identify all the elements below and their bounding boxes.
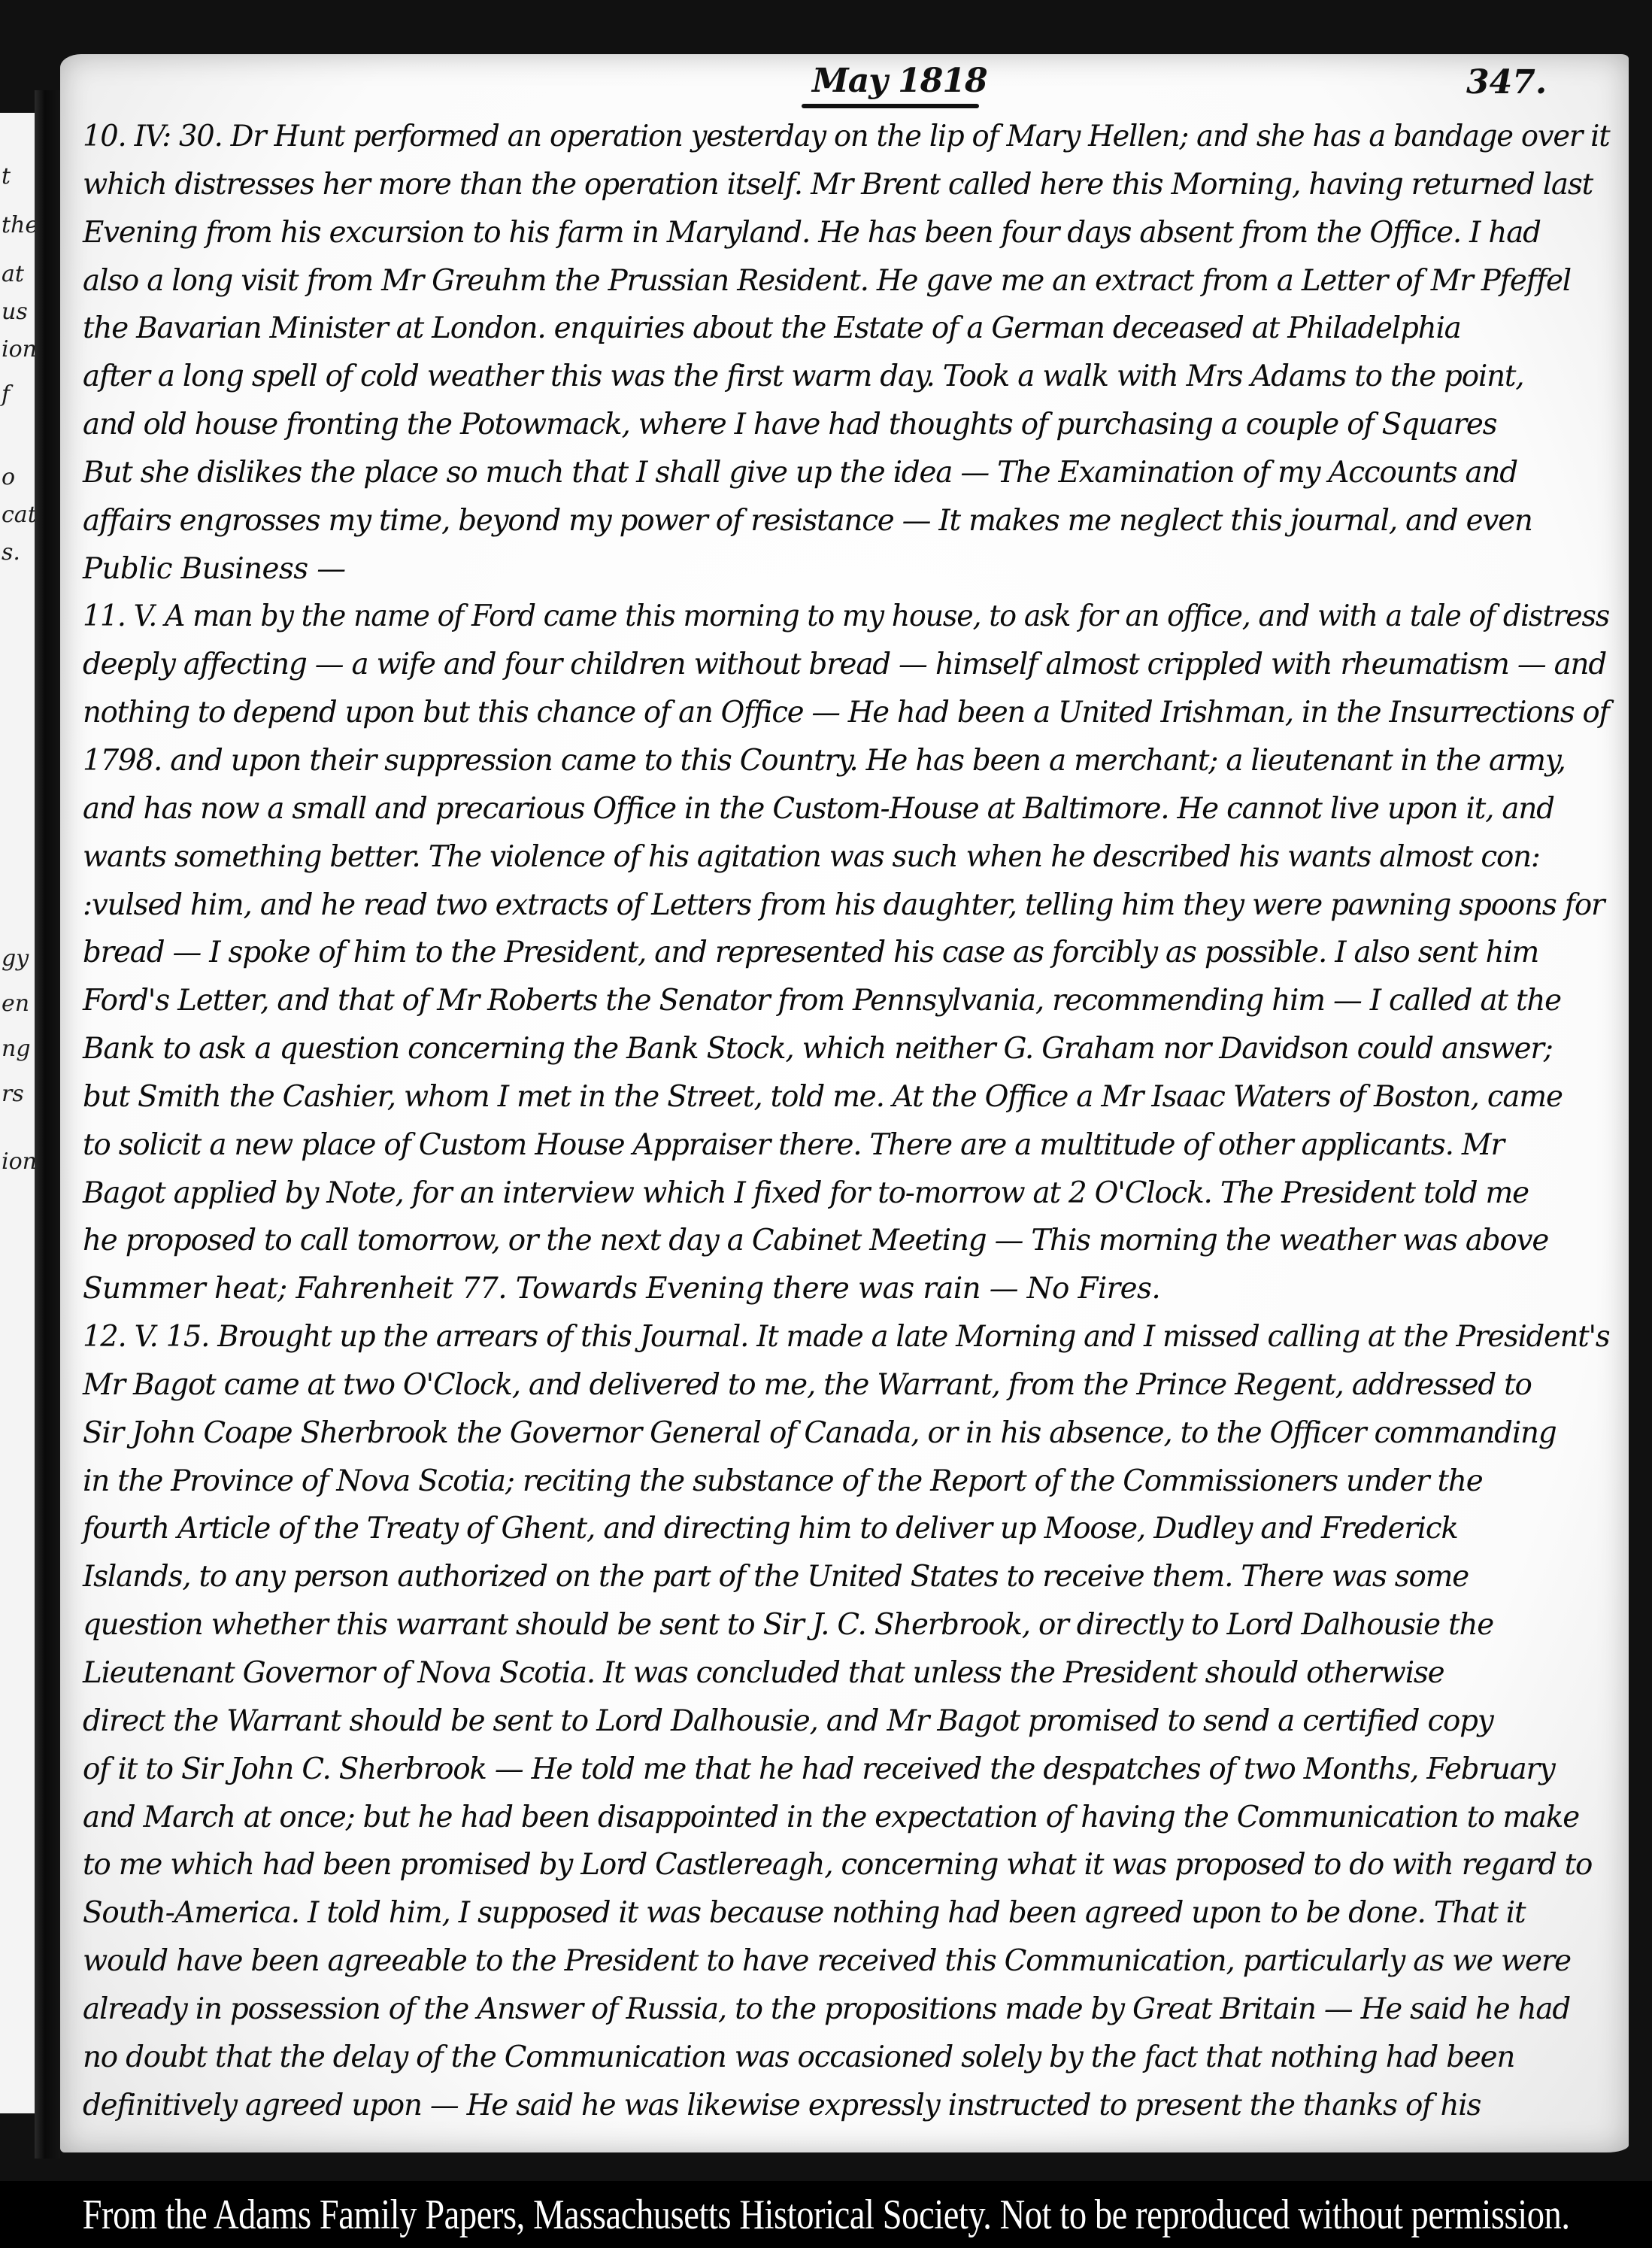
diary-line: Lieutenant Governor of Nova Scotia. It w…	[83, 1649, 1609, 1697]
diary-line: wants something better. The violence of …	[83, 833, 1609, 881]
page-header-date: May 1818	[812, 62, 987, 100]
diary-line: Public Business —	[83, 545, 1609, 593]
page-number: 347.	[1466, 63, 1547, 102]
diary-line: but Smith the Cashier, whom I met in the…	[83, 1073, 1609, 1121]
diary-line: Bagot applied by Note, for an interview …	[83, 1170, 1609, 1218]
facing-page-edge: t then at us ion f o cat s. gy en ng rs …	[0, 113, 35, 2113]
diary-line: the Bavarian Minister at London. enquiri…	[83, 305, 1609, 353]
facing-fragment: rs	[2, 1083, 24, 1106]
diary-line: which distresses her more than the opera…	[83, 161, 1609, 209]
diary-line: to me which had been promised by Lord Ca…	[83, 1841, 1609, 1889]
facing-fragment: en	[2, 993, 29, 1015]
facing-fragment: o	[2, 466, 15, 489]
facing-fragment: ion	[2, 338, 37, 361]
diary-line: affairs engrosses my time, beyond my pow…	[83, 497, 1609, 545]
diary-line: Sir John Coape Sherbrook the Governor Ge…	[83, 1409, 1609, 1458]
diary-line: 12. V. 15. Brought up the arrears of thi…	[83, 1313, 1595, 1361]
diary-line: direct the Warrant should be sent to Lor…	[83, 1697, 1609, 1746]
diary-line: of it to Sir John C. Sherbrook — He told…	[83, 1746, 1609, 1794]
facing-fragment: s.	[2, 542, 20, 564]
facing-fragment: ng	[2, 1038, 31, 1060]
copyright-caption-bar: From the Adams Family Papers, Massachuse…	[0, 2181, 1652, 2248]
diary-line: and March at once; but he had been disap…	[83, 1794, 1609, 1842]
diary-line: to solicit a new place of Custom House A…	[83, 1121, 1609, 1170]
diary-line: no doubt that the delay of the Communica…	[83, 2034, 1609, 2082]
diary-line: South-America. I told him, I supposed it…	[83, 1889, 1609, 1937]
manuscript-page: May 1818 347. 10. IV: 30. Dr Hunt perfor…	[60, 54, 1629, 2152]
facing-fragment: t	[2, 165, 11, 188]
facing-fragment: gy	[2, 948, 29, 970]
diary-line: already in possession of the Answer of R…	[83, 1986, 1609, 2034]
facing-fragment: f	[2, 384, 10, 406]
facing-fragment: us	[2, 301, 28, 323]
diary-line: Islands, to any person authorized on the…	[83, 1553, 1609, 1601]
diary-line: Summer heat; Fahrenheit 77. Towards Even…	[83, 1265, 1609, 1313]
diary-line: Bank to ask a question concerning the Ba…	[83, 1025, 1609, 1073]
diary-line: 11. V. A man by the name of Ford came th…	[83, 593, 1573, 641]
diary-line: deeply affecting — a wife and four child…	[83, 641, 1609, 689]
diary-line: 1798. and upon their suppression came to…	[83, 737, 1609, 785]
manuscript-scan: t then at us ion f o cat s. gy en ng rs …	[0, 0, 1652, 2181]
diary-line: and has now a small and precarious Offic…	[83, 785, 1609, 833]
diary-text: 10. IV: 30. Dr Hunt performed an operati…	[83, 113, 1617, 2129]
copyright-caption: From the Adams Family Papers, Massachuse…	[83, 2191, 1570, 2239]
diary-line: he proposed to call tomorrow, or the nex…	[83, 1217, 1609, 1265]
diary-line: in the Province of Nova Scotia; reciting…	[83, 1458, 1609, 1506]
diary-line: :vulsed him, and he read two extracts of…	[83, 881, 1609, 930]
diary-line: Mr Bagot came at two O'Clock, and delive…	[83, 1361, 1609, 1409]
diary-line: 10. IV: 30. Dr Hunt performed an operati…	[83, 113, 1593, 161]
diary-line: bread — I spoke of him to the President,…	[83, 929, 1609, 977]
facing-fragment: ion	[2, 1151, 37, 1173]
diary-line: after a long spell of cold weather this …	[83, 353, 1609, 401]
facing-fragment: cat	[2, 504, 37, 526]
book-gutter	[35, 90, 60, 2159]
diary-line: also a long visit from Mr Greuhm the Pru…	[83, 257, 1609, 305]
diary-line: question whether this warrant should be …	[83, 1601, 1609, 1649]
diary-line: definitively agreed upon — He said he wa…	[83, 2082, 1609, 2130]
diary-line: nothing to depend upon but this chance o…	[83, 689, 1598, 737]
header-underline	[802, 104, 979, 108]
diary-line: would have been agreeable to the Preside…	[83, 1937, 1609, 1986]
diary-line: Evening from his excursion to his farm i…	[83, 209, 1609, 257]
diary-line: But she dislikes the place so much that …	[83, 449, 1609, 497]
diary-line: and old house fronting the Potowmack, wh…	[83, 401, 1609, 449]
diary-line: fourth Article of the Treaty of Ghent, a…	[83, 1505, 1609, 1553]
diary-line: Ford's Letter, and that of Mr Roberts th…	[83, 977, 1609, 1025]
facing-fragment: at	[2, 263, 24, 286]
